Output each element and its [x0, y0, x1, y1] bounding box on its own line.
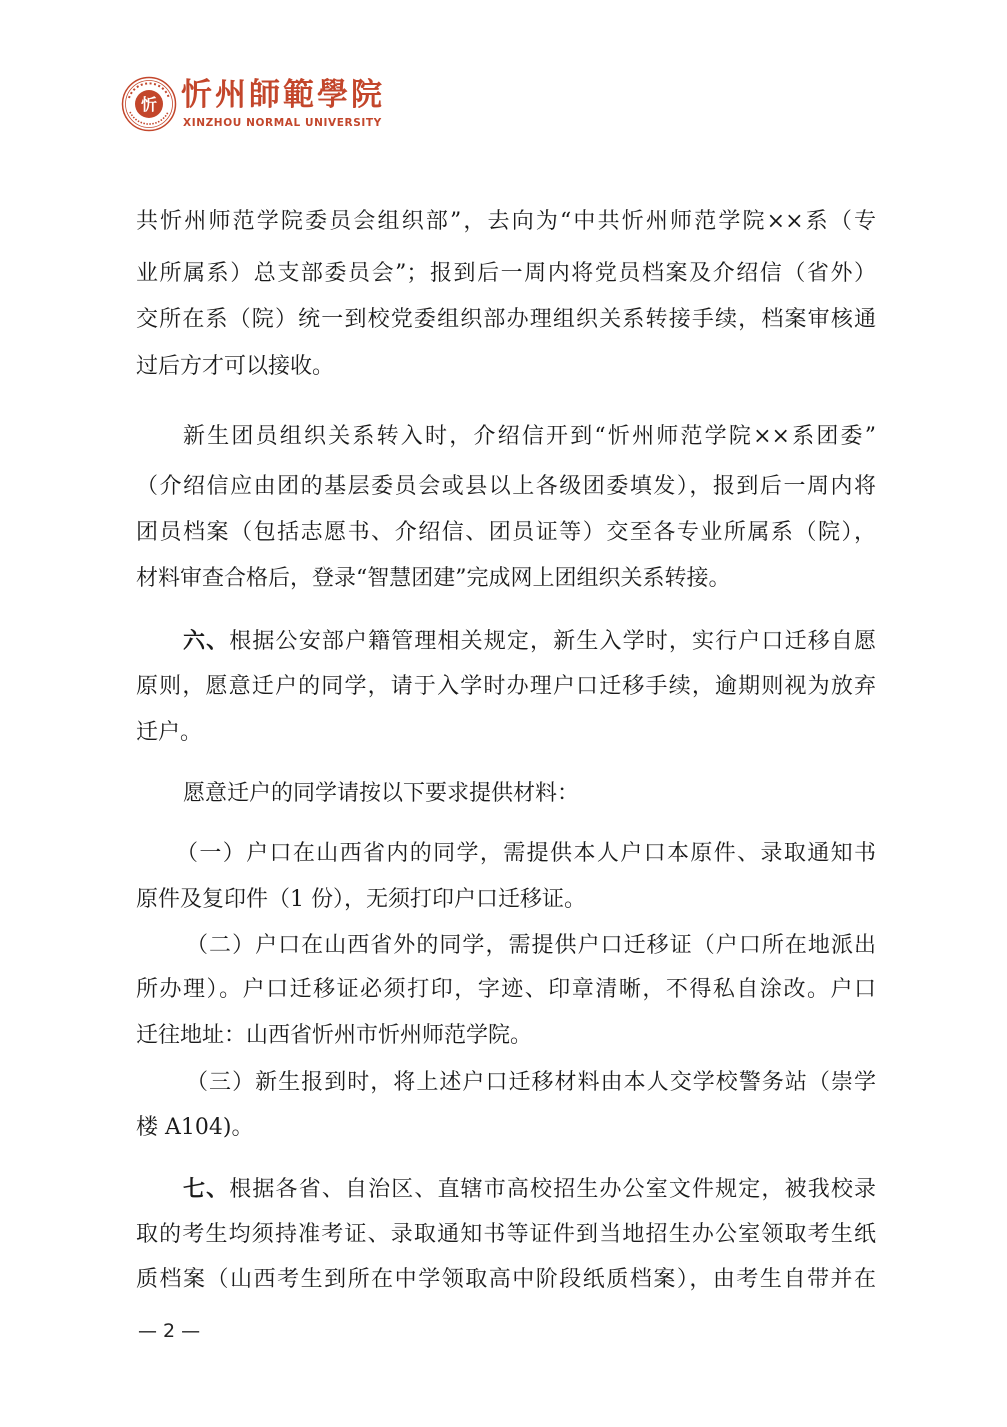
- text-line: 新生团员组织关系转入时，介绍信开到“忻州师范学院××系团委”: [183, 422, 876, 452]
- text-line: 团员档案（包括志愿书、介绍信、团员证等）交至各专业所属系（院），: [136, 518, 876, 548]
- text-line: （三）新生报到时，将上述户口迁移材料由本人交学校警务站（崇学: [186, 1068, 876, 1098]
- text-line: 迁往地址：山西省忻州市忻州师范学院。: [136, 1021, 532, 1051]
- text-line: （介绍信应由团的基层委员会或县以上各级团委填发），报到后一周内将: [136, 472, 876, 502]
- svg-text:忻: 忻: [140, 95, 157, 114]
- text-line: 材料审查合格后，登录“智慧团建”完成网上团组织关系转接。: [136, 564, 731, 594]
- section-heading: 七、: [183, 1176, 229, 1202]
- university-logo: 忻 忻州師範學院 XINZHOU NORMAL UNIVERSITY: [121, 74, 361, 136]
- text-line: （一）户口在山西省内的同学，需提供本人户口本原件、录取通知书: [176, 839, 876, 869]
- text-line: 业所属系）总支部委员会”；报到后一周内将党员档案及介绍信（省外）: [136, 259, 876, 289]
- text-span: 根据各省、自治区、直辖市高校招生办公室文件规定，被我校录: [229, 1177, 876, 1202]
- university-seal-icon: 忻: [121, 76, 177, 132]
- text-line: （二）户口在山西省外的同学，需提供户口迁移证（户口所在地派出: [186, 931, 876, 961]
- text-line: 过后方才可以接收。: [136, 352, 334, 382]
- section-heading: 六、: [183, 628, 229, 654]
- text-line: 取的考生均须持准考证、录取通知书等证件到当地招生办公室领取考生纸: [136, 1220, 876, 1250]
- logo-english-name: XINZHOU NORMAL UNIVERSITY: [183, 117, 382, 129]
- text-span: 根据公安部户籍管理相关规定，新生入学时，实行户口迁移自愿: [229, 629, 876, 654]
- text-line: 质档案（山西考生到所在中学领取高中阶段纸质档案），由考生自带并在: [136, 1265, 876, 1295]
- text-line: 原则，愿意迁户的同学，请于入学时办理户口迁移手续，逾期则视为放弃: [136, 672, 876, 702]
- text-line: 所办理）。户口迁移证必须打印，字迹、印章清晰，不得私自涂改。户口: [136, 975, 876, 1005]
- logo-chinese-name: 忻州師範學院: [181, 78, 385, 112]
- text-line: 交所在系（院）统一到校党委组织部办理组织关系转接手续，档案审核通: [136, 305, 876, 335]
- section-seven-first-line: 七、根据各省、自治区、直辖市高校招生办公室文件规定，被我校录: [183, 1174, 876, 1204]
- text-line: 愿意迁户的同学请按以下要求提供材料：: [183, 779, 579, 809]
- text-line: 楼 A104)。: [136, 1113, 253, 1143]
- section-six-first-line: 六、根据公安部户籍管理相关规定，新生入学时，实行户口迁移自愿: [183, 626, 876, 656]
- text-line: 迁户。: [136, 718, 202, 748]
- page-number: — 2 —: [138, 1320, 200, 1342]
- text-line: 共忻州师范学院委员会组织部”，去向为“中共忻州师范学院××系（专: [136, 207, 876, 237]
- text-line: 原件及复印件（1 份），无须打印户口迁移证。: [136, 885, 586, 915]
